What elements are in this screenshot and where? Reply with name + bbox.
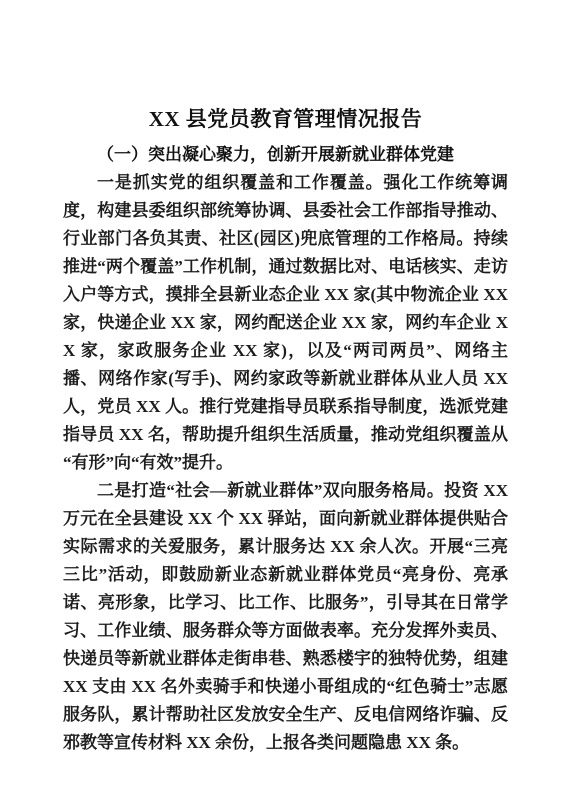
section-heading: （一）突出凝心聚力，创新开展新就业群体党建 bbox=[63, 141, 508, 169]
document-content: XX 县党员教育管理情况报告 （一）突出凝心聚力，创新开展新就业群体党建 一是抓… bbox=[0, 0, 570, 757]
body-paragraph-1: 一是抓实党的组织覆盖和工作覆盖。强化工作统筹调度，构建县委组织部统筹协调、县委社… bbox=[63, 169, 508, 477]
document-title: XX 县党员教育管理情况报告 bbox=[63, 103, 508, 135]
body-paragraph-2: 二是打造“社会—新就业群体”双向服务格局。投资 XX 万元在全县建设 XX 个 … bbox=[63, 477, 508, 757]
document-page: XX 县党员教育管理情况报告 （一）突出凝心聚力，创新开展新就业群体党建 一是抓… bbox=[0, 0, 570, 807]
